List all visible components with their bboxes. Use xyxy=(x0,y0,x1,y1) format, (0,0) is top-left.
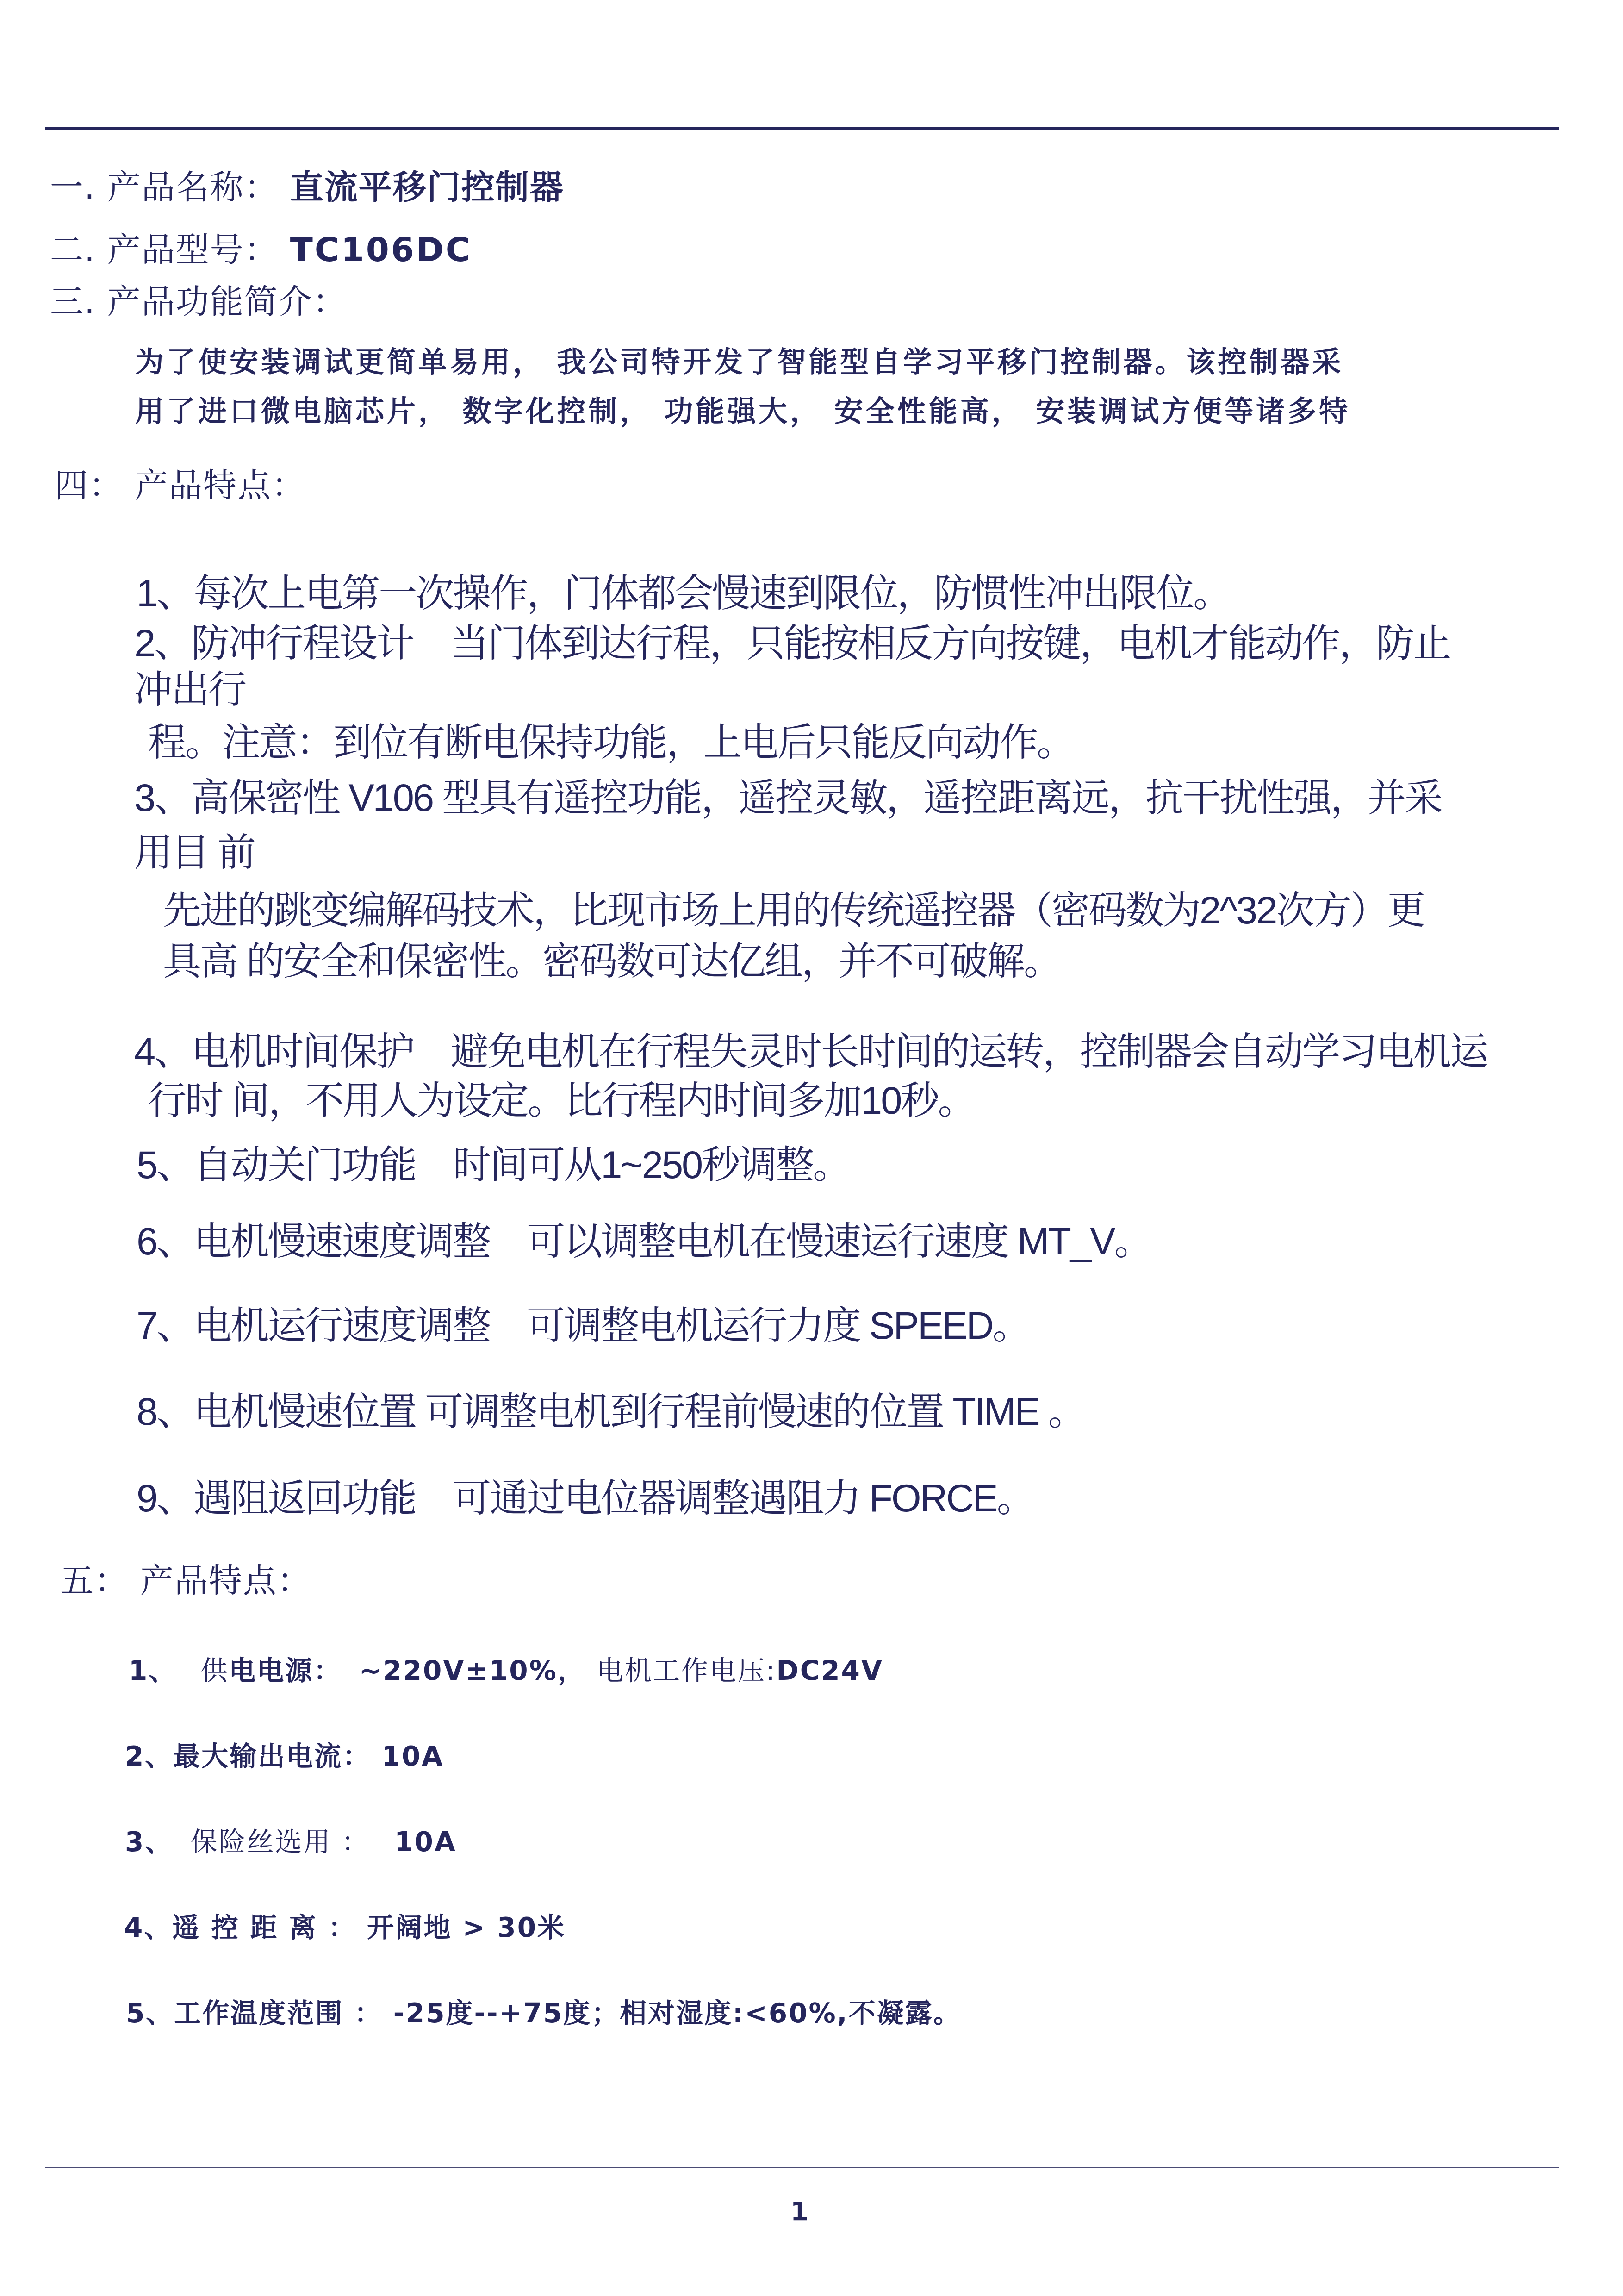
section-5-heading: 五： 产品特点： xyxy=(60,1564,311,1597)
section-2-marker: 二. xyxy=(50,230,96,269)
page-number: 1 xyxy=(790,2199,808,2225)
feature-line: 程。注意：到位有断电保持功能，上电后只能反向动作。 xyxy=(148,723,1074,761)
feature-line: 1、每次上电第一次操作，门体都会慢速到限位，防惯性冲出限位。 xyxy=(137,574,1230,612)
section-4-marker: 四： xyxy=(55,466,123,505)
feature-line: 3、高保密性 V106 型具有遥控功能，遥控灵敏，遥控距离远，抗干扰性强，并采 xyxy=(134,779,1442,817)
feature-line: 冲出行 xyxy=(134,670,245,709)
feature-line: 6、电机慢速速度调整 可以调整电机在慢速运行速度 MT_V。 xyxy=(137,1222,1151,1260)
section-1-label: 产品名称： xyxy=(107,168,279,206)
section-4-label: 产品特点： xyxy=(135,466,306,505)
feature-line: 先进的跳变编解码技术，比现市场上用的传统遥控器（密码数为2^32次方）更 xyxy=(163,891,1424,930)
feature-line: 具高 的安全和保密性。密码数可达亿组，并不可破解。 xyxy=(163,942,1061,980)
feature-line: 8、电机慢速位置 可调整电机到行程前慢速的位置 TIME 。 xyxy=(137,1392,1085,1431)
product-name: 直流平移门控制器 xyxy=(290,168,564,206)
feature-line: 行时 间，不用人为设定。比行程内时间多加10秒。 xyxy=(148,1081,975,1120)
section-1-marker: 一. xyxy=(50,168,96,206)
footer-rule xyxy=(45,2167,1559,2168)
product-model: TC106DC xyxy=(290,230,472,269)
feature-line: 4、电机时间保护 避免电机在行程失灵时长时间的运转，控制器会自动学习电机运 xyxy=(134,1032,1487,1071)
feature-line: 2、防冲行程设计 当门体到达行程，只能按相反方向按键，电机才能动作，防止 xyxy=(134,624,1450,662)
section-5-label: 产品特点： xyxy=(140,1561,311,1600)
spec-remote-distance: 4、遥 控 距 离 ： 开阔地 > 30米 xyxy=(124,1914,566,1941)
section-5-marker: 五： xyxy=(60,1561,129,1600)
section-4-heading: 四： 产品特点： xyxy=(55,468,306,502)
spec-power-supply: 1、 供电电源： ~220V±10%， 电机工作电压:DC24V xyxy=(129,1657,883,1684)
section-3-label: 产品功能简介： xyxy=(107,282,347,321)
section-2-heading: 二. 产品型号： TC106DC xyxy=(50,233,472,266)
spec-max-output-current: 2、最大输出电流： 10A xyxy=(125,1743,444,1770)
section-3-marker: 三. xyxy=(50,282,96,321)
section-2-label: 产品型号： xyxy=(107,230,279,269)
feature-line: 7、电机运行速度调整 可调整电机运行力度 SPEED。 xyxy=(137,1306,1030,1345)
intro-line-2: 用了进口微电脑芯片， 数字化控制， 功能强大， 安全性能高， 安装调试方便等诸多… xyxy=(135,397,1350,426)
section-1-heading: 一. 产品名称： 直流平移门控制器 xyxy=(50,170,564,204)
spec-operating-temperature: 5、工作温度范围 ： -25度--+75度；相对湿度:<60%,不凝露。 xyxy=(126,2000,962,2027)
header-rule xyxy=(45,127,1559,130)
feature-line: 5、自动关门功能 时间可从1~250秒调整。 xyxy=(137,1146,850,1184)
feature-line: 9、遇阻返回功能 可通过电位器调整遇阻力 FORCE。 xyxy=(137,1479,1034,1517)
section-3-heading: 三. 产品功能简介： xyxy=(50,285,347,318)
intro-line-1: 为了使安装调试更简单易用， 我公司特开发了智能型自学习平移门控制器。该控制器采 xyxy=(135,348,1344,377)
spec-fuse: 3、 保险丝选用 ： 10A xyxy=(125,1828,457,1855)
feature-line: 用目 前 xyxy=(134,833,255,872)
